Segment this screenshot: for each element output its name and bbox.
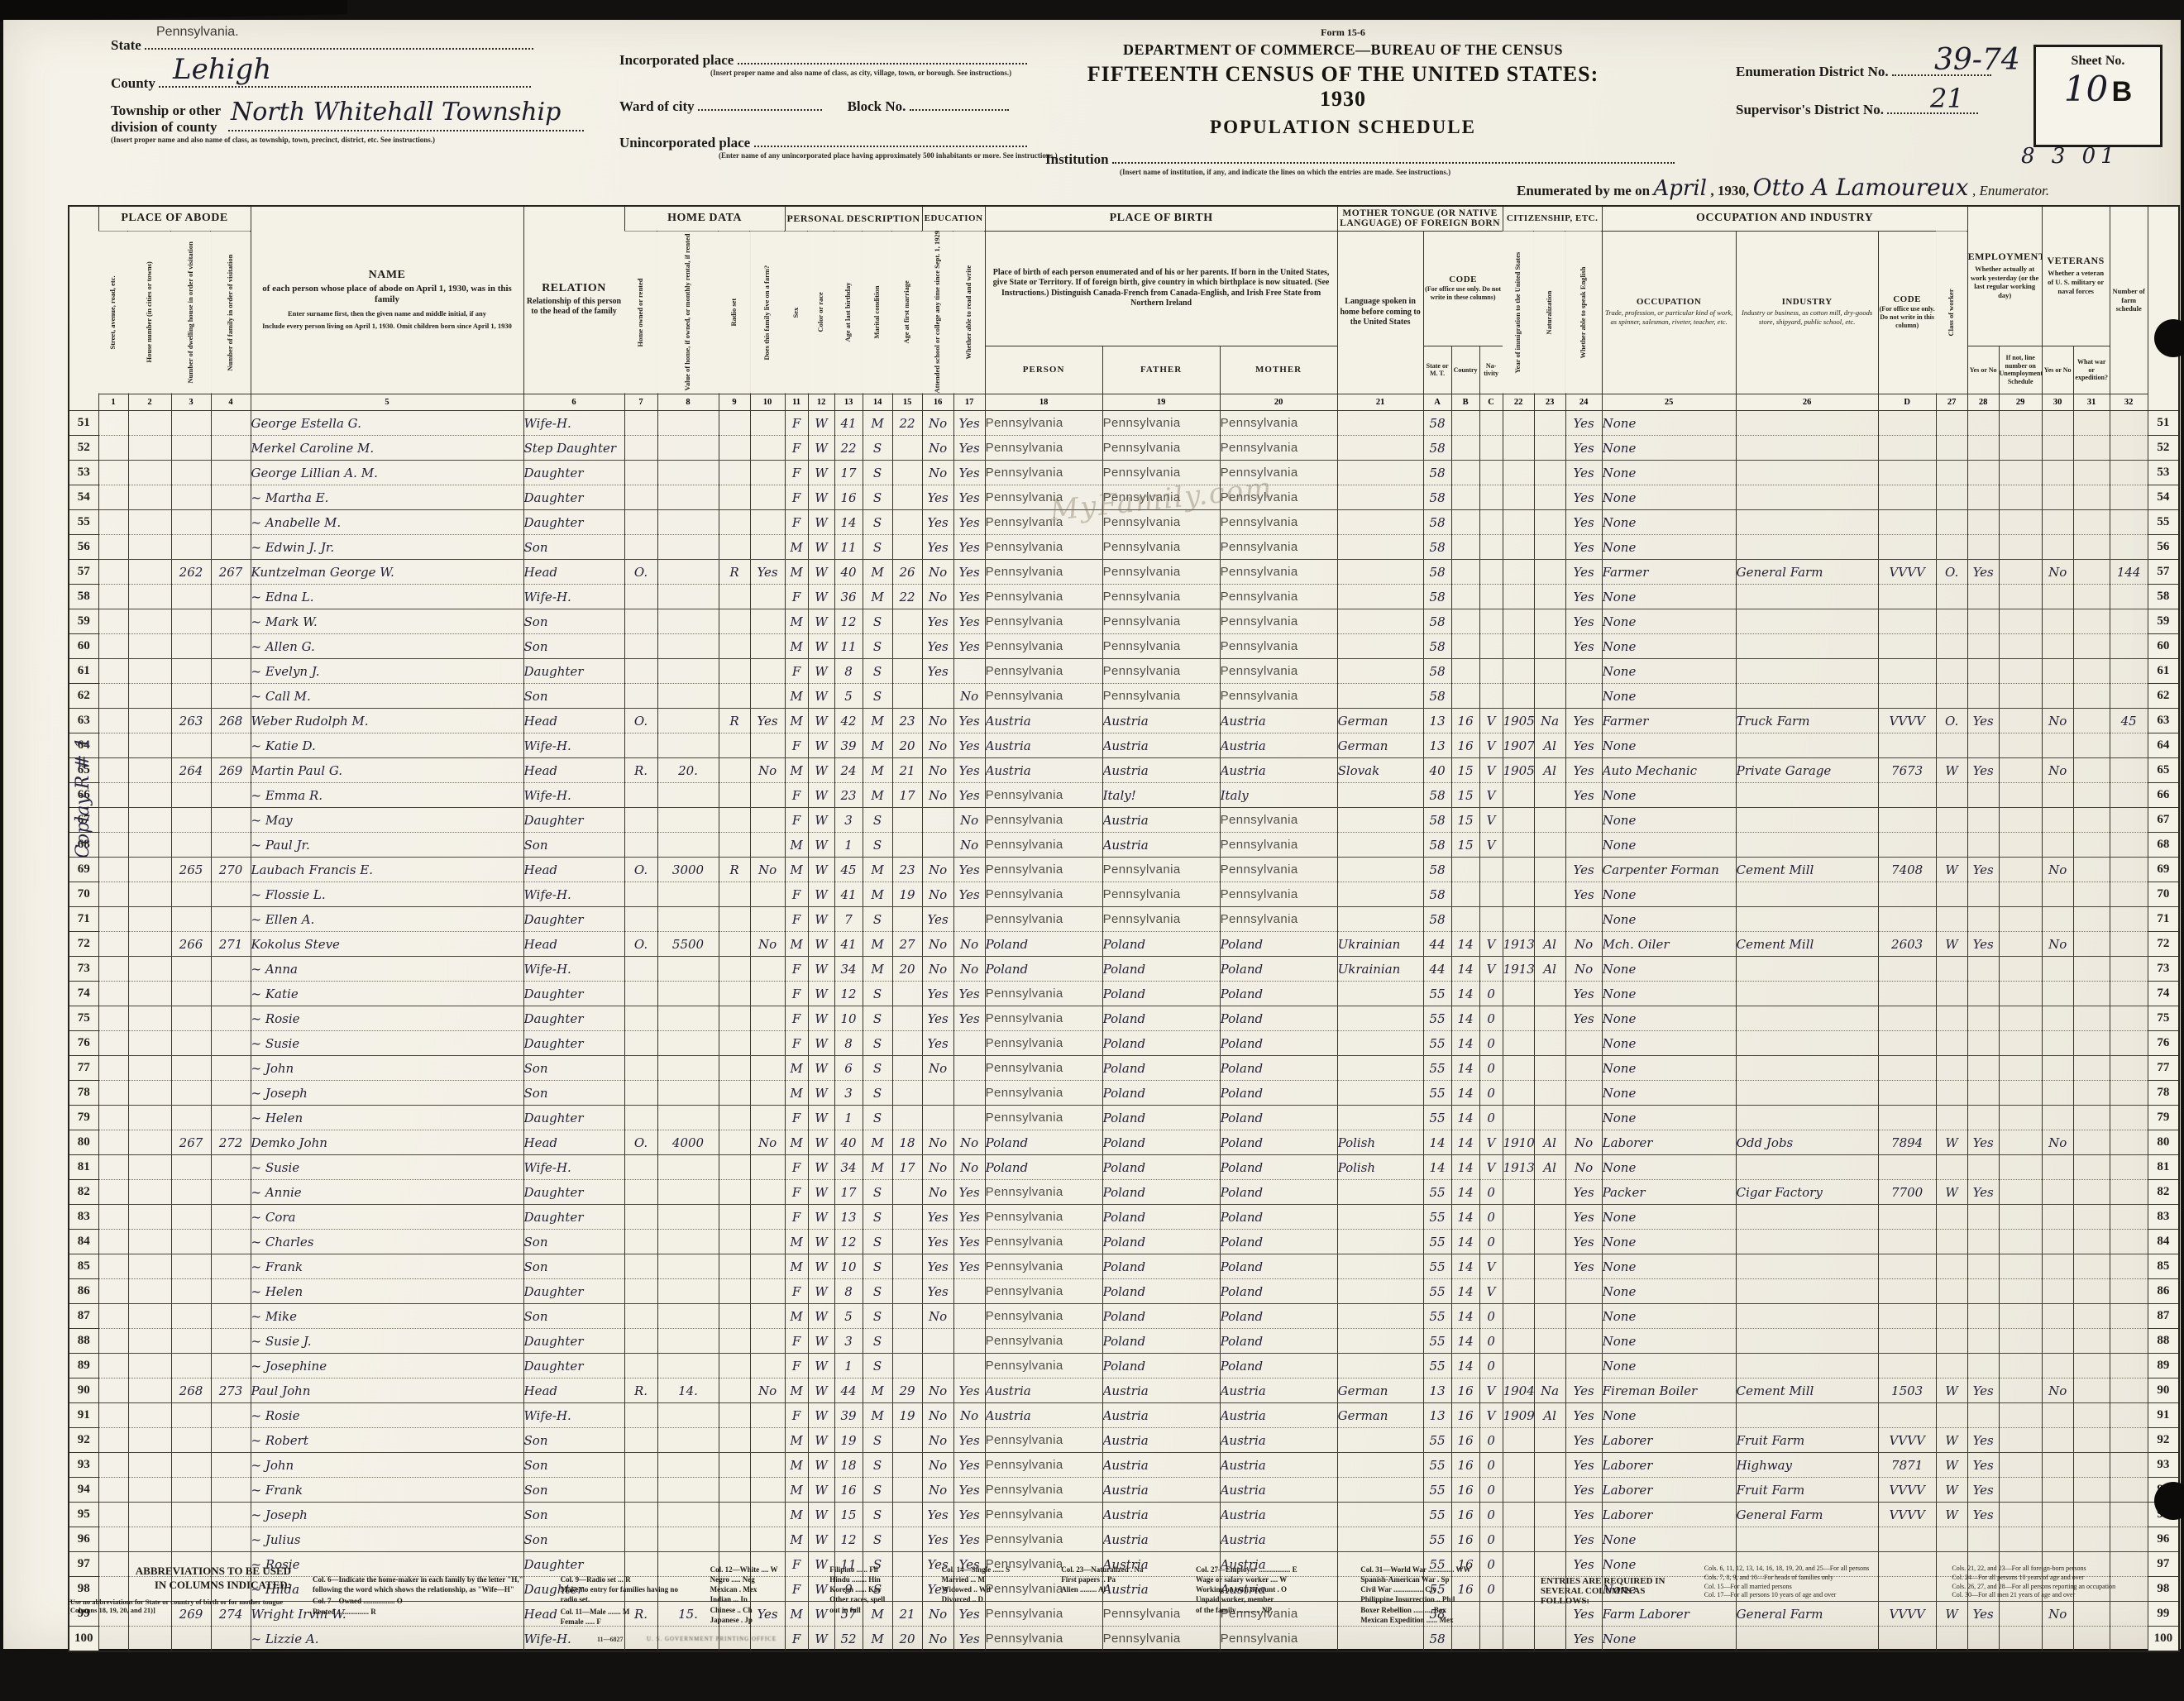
cell-s16: No — [922, 1130, 953, 1155]
cell-fam — [211, 1428, 251, 1453]
cell-name: ~ Joseph — [251, 1081, 523, 1106]
cell-hn — [128, 634, 171, 659]
cell-cw — [1936, 1279, 1967, 1304]
cell-fam — [211, 510, 251, 535]
cell-v30: No — [2042, 858, 2073, 882]
cell-rel: Head — [523, 1130, 624, 1155]
cell-cw: W — [1936, 858, 1967, 882]
cell-s16: Yes — [922, 1527, 953, 1552]
cell-cw: W — [1936, 1453, 1967, 1478]
cell-bf: Pennsylvania — [1102, 585, 1220, 609]
cell-cw: W — [1936, 932, 1967, 957]
cell-w28 — [1967, 1403, 1999, 1428]
cell-rel: Wife-H. — [523, 882, 624, 907]
column-number: 5 — [251, 394, 523, 411]
cell-rw: Yes — [953, 436, 985, 461]
cell-bp: Pennsylvania — [985, 1453, 1102, 1478]
cell-s16: Yes — [922, 1254, 953, 1279]
cell-w31 — [2073, 957, 2110, 982]
cell-ms: M — [863, 758, 892, 783]
cell-w31 — [2073, 1304, 2110, 1329]
cell-oc: None — [1602, 1230, 1736, 1254]
cell-f10 — [750, 411, 785, 436]
cell-cb — [1451, 585, 1479, 609]
unincorporated-field: Unincorporated place (Enter name of any … — [619, 134, 1058, 160]
cell-am — [892, 1081, 922, 1106]
abbrev-col9: Col. 9—Radio set ... R Make no entry for… — [561, 1575, 678, 1603]
group-name: NAME of each person whose place of abode… — [251, 206, 523, 394]
cell-en: Yes — [1565, 1428, 1602, 1453]
cell-s16: No — [922, 461, 953, 485]
cell-cd — [1878, 733, 1936, 758]
cell-ind: Cement Mill — [1736, 1378, 1878, 1403]
cell-rel: Daughter — [523, 1180, 624, 1205]
cell-f32 — [2110, 1205, 2148, 1230]
cell-w31 — [2073, 833, 2110, 858]
cell-f10 — [750, 882, 785, 907]
enumerator-signature: Otto A Lamoureux — [1753, 174, 1969, 201]
col-attended-school: Attended school or college any time sinc… — [922, 231, 953, 394]
cell-w28: Yes — [1967, 758, 1999, 783]
cell-dw: 263 — [171, 709, 211, 733]
cell-v30 — [2042, 982, 2073, 1006]
cell-na — [1534, 907, 1565, 932]
cell-bp: Pennsylvania — [985, 1279, 1102, 1304]
cell-sx: F — [785, 485, 808, 510]
cell-sx: F — [785, 1106, 808, 1130]
cell-o7: O. — [624, 858, 657, 882]
cell-v30: No — [2042, 1378, 2073, 1403]
sheet-value: 10 — [2064, 69, 2108, 109]
cell-name: ~ Cora — [251, 1205, 523, 1230]
line-number: 88 — [2148, 1329, 2179, 1354]
cell-u29 — [1999, 833, 2042, 858]
cell-f32 — [2110, 1403, 2148, 1428]
cell-v30 — [2042, 1155, 2073, 1180]
cell-im — [1503, 858, 1534, 882]
cell-name: Laubach Francis E. — [251, 858, 523, 882]
cell-bp: Pennsylvania — [985, 1230, 1102, 1254]
cell-r9 — [719, 461, 750, 485]
cell-cw — [1936, 1230, 1967, 1254]
line-number: 78 — [69, 1081, 98, 1106]
cell-s16: Yes — [922, 485, 953, 510]
cell-cc: V — [1479, 1155, 1503, 1180]
cell-mt — [1337, 783, 1423, 808]
cell-w28 — [1967, 411, 1999, 436]
line-number: 80 — [2148, 1130, 2179, 1155]
cell-rw: Yes — [953, 758, 985, 783]
cell-ind: Cement Mill — [1736, 932, 1878, 957]
cell-v30 — [2042, 1329, 2073, 1354]
cell-dw — [171, 411, 211, 436]
cell-w31 — [2073, 485, 2110, 510]
column-number: C — [1479, 394, 1503, 411]
table-header: PLACE OF ABODE NAME of each person whose… — [69, 206, 2179, 411]
cell-mt — [1337, 1006, 1423, 1031]
cell-o7 — [624, 1056, 657, 1081]
cell-en — [1565, 1081, 1602, 1106]
cell-name: ~ Mark W. — [251, 609, 523, 634]
cell-sx: F — [785, 1329, 808, 1354]
cell-mt — [1337, 833, 1423, 858]
census-row: 91~ RosieWife-H.FW39M19NoNoAustriaAustri… — [69, 1403, 2179, 1428]
col-class-of-worker: Class of worker — [1936, 231, 1967, 394]
line-number: 71 — [69, 907, 98, 932]
cell-o7 — [624, 1155, 657, 1180]
cell-hn — [128, 858, 171, 882]
column-number: 12 — [808, 394, 834, 411]
cell-s16: Yes — [922, 1031, 953, 1056]
cell-ag: 8 — [834, 659, 863, 684]
cell-o7 — [624, 1006, 657, 1031]
cell-f32 — [2110, 882, 2148, 907]
cell-rel: Wife-H. — [523, 783, 624, 808]
cell-cc: 0 — [1479, 1180, 1503, 1205]
cell-rel: Son — [523, 1304, 624, 1329]
cell-rel: Head — [523, 1378, 624, 1403]
cell-en: Yes — [1565, 1503, 1602, 1527]
cell-ind: Highway — [1736, 1453, 1878, 1478]
cell-sx: F — [785, 1180, 808, 1205]
cell-ms: M — [863, 733, 892, 758]
cell-bf: Pennsylvania — [1102, 882, 1220, 907]
cell-v8: 14. — [657, 1378, 719, 1403]
cell-en: Yes — [1565, 758, 1602, 783]
cell-f32 — [2110, 858, 2148, 882]
cell-u29 — [1999, 684, 2042, 709]
code-note: (For office use only. Do not write in th… — [1424, 284, 1503, 302]
col-occupation: OCCUPATION Trade, profession, or particu… — [1602, 231, 1736, 394]
cell-ag: 11 — [834, 535, 863, 560]
cell-ag: 3 — [834, 808, 863, 833]
cell-ind — [1736, 733, 1878, 758]
line-number: 62 — [2148, 684, 2179, 709]
cell-v8 — [657, 1106, 719, 1130]
cell-rw — [953, 659, 985, 684]
line-number: 94 — [69, 1478, 98, 1503]
cell-sx: M — [785, 535, 808, 560]
cell-ind — [1736, 1155, 1878, 1180]
cell-cw: W — [1936, 1130, 1967, 1155]
cell-dw: 265 — [171, 858, 211, 882]
enumerated-by-field: Enumerated by me on April , 1930, Otto A… — [1517, 174, 2049, 201]
cell-name: Weber Rudolph M. — [251, 709, 523, 733]
cell-dw — [171, 882, 211, 907]
line-number: 90 — [2148, 1378, 2179, 1403]
cell-r9 — [719, 535, 750, 560]
group-place-of-birth: PLACE OF BIRTH — [985, 206, 1337, 231]
cell-hn — [128, 1478, 171, 1503]
cell-bp: Pennsylvania — [985, 535, 1102, 560]
line-number: 69 — [2148, 858, 2179, 882]
cell-bm: Austria — [1220, 1403, 1337, 1428]
cell-cc: 0 — [1479, 1503, 1503, 1527]
cell-rel: Son — [523, 1503, 624, 1527]
cell-im — [1503, 1527, 1534, 1552]
census-row: 68~ Paul Jr.SonMW1SNoPennsylvaniaAustria… — [69, 833, 2179, 858]
cell-w28 — [1967, 1081, 1999, 1106]
cell-ind — [1736, 808, 1878, 833]
cell-s16: Yes — [922, 907, 953, 932]
cell-bp: Pennsylvania — [985, 1478, 1102, 1503]
cell-na: Al — [1534, 957, 1565, 982]
group-employment: EMPLOYMENT Whether actually at work yest… — [1967, 206, 2042, 346]
cell-u29 — [1999, 982, 2042, 1006]
cell-im — [1503, 1205, 1534, 1230]
line-number: 96 — [2148, 1527, 2179, 1552]
cell-bp: Pennsylvania — [985, 982, 1102, 1006]
cell-am — [892, 1354, 922, 1378]
cell-st — [98, 535, 128, 560]
cell-rel: Son — [523, 1254, 624, 1279]
cell-am: 23 — [892, 709, 922, 733]
cell-u29 — [1999, 882, 2042, 907]
cell-en: No — [1565, 1130, 1602, 1155]
cell-s16: No — [922, 758, 953, 783]
col-naturalization: Naturalization — [1534, 231, 1565, 394]
line-number: 60 — [2148, 634, 2179, 659]
cell-sx: M — [785, 1378, 808, 1403]
cell-cd — [1878, 1254, 1936, 1279]
cell-bp: Pennsylvania — [985, 1180, 1102, 1205]
line-number: 57 — [69, 560, 98, 585]
cell-cd — [1878, 609, 1936, 634]
cell-bm: Poland — [1220, 1254, 1337, 1279]
cell-ca: 13 — [1423, 733, 1451, 758]
cell-cc: V — [1479, 1403, 1503, 1428]
col-at-work-yes-no: Yes or No — [1967, 346, 1999, 394]
cell-ag: 40 — [834, 1130, 863, 1155]
cell-o7 — [624, 1478, 657, 1503]
cell-v8 — [657, 659, 719, 684]
cell-ag: 42 — [834, 709, 863, 733]
cell-w31 — [2073, 1527, 2110, 1552]
cell-v8 — [657, 436, 719, 461]
cell-cc — [1479, 882, 1503, 907]
cell-bp: Pennsylvania — [985, 1354, 1102, 1378]
cell-st — [98, 1403, 128, 1428]
cell-bp: Pennsylvania — [985, 411, 1102, 436]
cell-na — [1534, 535, 1565, 560]
cell-fam — [211, 733, 251, 758]
cell-oc: Laborer — [1602, 1453, 1736, 1478]
cell-r9 — [719, 1155, 750, 1180]
veterans-title: VETERANS — [2043, 255, 2110, 267]
cell-v8 — [657, 1230, 719, 1254]
cell-r9 — [719, 1304, 750, 1329]
cell-w28 — [1967, 436, 1999, 461]
cell-rw: Yes — [953, 609, 985, 634]
cell-im — [1503, 684, 1534, 709]
cell-r9 — [719, 1527, 750, 1552]
cell-ca: 58 — [1423, 634, 1451, 659]
cell-rw: Yes — [953, 461, 985, 485]
cell-bf: Poland — [1102, 1031, 1220, 1056]
cell-mt: Polish — [1337, 1130, 1423, 1155]
cell-name: ~ Katie — [251, 982, 523, 1006]
cell-cr: W — [808, 733, 834, 758]
cell-en: Yes — [1565, 411, 1602, 436]
cell-rw: No — [953, 808, 985, 833]
cell-hn — [128, 1106, 171, 1130]
cell-v30: No — [2042, 709, 2073, 733]
code-header: CODE (For office use only. Do not write … — [1423, 231, 1503, 346]
cell-u29 — [1999, 1453, 2042, 1478]
cell-v8: 3000 — [657, 858, 719, 882]
census-row: 71~ Ellen A.DaughterFW7SYesPennsylvaniaP… — [69, 907, 2179, 932]
cell-cr: W — [808, 783, 834, 808]
column-number-row: 123456789101112131415161718192021ABC2223… — [69, 394, 2179, 411]
col-pob-father: FATHER — [1102, 346, 1220, 394]
cell-na: Al — [1534, 1130, 1565, 1155]
cell-cc: V — [1479, 733, 1503, 758]
cell-bf: Poland — [1102, 932, 1220, 957]
cell-s16: No — [922, 1180, 953, 1205]
line-number: 93 — [69, 1453, 98, 1478]
cell-cw — [1936, 957, 1967, 982]
cell-rel: Daughter — [523, 461, 624, 485]
cell-r9 — [719, 1081, 750, 1106]
name-title: NAME — [251, 269, 523, 282]
cell-dw — [171, 982, 211, 1006]
cell-bm: Pennsylvania — [1220, 510, 1337, 535]
cell-cr: W — [808, 560, 834, 585]
column-number: 19 — [1102, 394, 1220, 411]
cell-bf: Pennsylvania — [1102, 535, 1220, 560]
cell-bp: Pennsylvania — [985, 808, 1102, 833]
state-label: State — [111, 37, 141, 53]
cell-ind — [1736, 659, 1878, 684]
cell-w31 — [2073, 634, 2110, 659]
cell-ind — [1736, 982, 1878, 1006]
line-number: 61 — [2148, 659, 2179, 684]
group-education: EDUCATION — [922, 206, 985, 231]
cell-v30 — [2042, 1428, 2073, 1453]
cell-rw: Yes — [953, 1478, 985, 1503]
cell-st — [98, 1279, 128, 1304]
cell-am — [892, 833, 922, 858]
cell-cw — [1936, 1031, 1967, 1056]
cell-hn — [128, 733, 171, 758]
cell-v30 — [2042, 783, 2073, 808]
cell-ind — [1736, 783, 1878, 808]
cell-na — [1534, 1354, 1565, 1378]
cell-cr: W — [808, 907, 834, 932]
cell-v8 — [657, 1354, 719, 1378]
cell-ind — [1736, 833, 1878, 858]
cell-bf: Poland — [1102, 1106, 1220, 1130]
cell-rel: Daughter — [523, 982, 624, 1006]
cell-bf: Austria — [1102, 833, 1220, 858]
cell-st — [98, 907, 128, 932]
cell-bp: Austria — [985, 758, 1102, 783]
cell-dw: 267 — [171, 1130, 211, 1155]
cell-cr: W — [808, 1254, 834, 1279]
cell-rw: Yes — [953, 585, 985, 609]
cell-am — [892, 485, 922, 510]
cell-ag: 12 — [834, 982, 863, 1006]
county-value: Lehigh — [173, 53, 271, 86]
cell-u29 — [1999, 411, 2042, 436]
col-age-first-marriage: Age at first marriage — [892, 231, 922, 394]
cell-ms: S — [863, 1106, 892, 1130]
cell-cr: W — [808, 1478, 834, 1503]
cell-rw: Yes — [953, 1230, 985, 1254]
group-place-of-abode: PLACE OF ABODE — [98, 206, 251, 231]
cell-bf: Italy! — [1102, 783, 1220, 808]
cell-st — [98, 1354, 128, 1378]
cell-sx: F — [785, 436, 808, 461]
cell-f32 — [2110, 1478, 2148, 1503]
cell-cc — [1479, 634, 1503, 659]
schedule-title: POPULATION SCHEDULE — [1062, 117, 1624, 138]
cell-bf: Poland — [1102, 1279, 1220, 1304]
cell-hn — [128, 659, 171, 684]
cell-am — [892, 461, 922, 485]
cell-ind: General Farm — [1736, 560, 1878, 585]
cell-ag: 7 — [834, 907, 863, 932]
cell-w31 — [2073, 1130, 2110, 1155]
cell-name: ~ Julius — [251, 1527, 523, 1552]
cell-bp: Poland — [985, 957, 1102, 982]
cell-ag: 3 — [834, 1081, 863, 1106]
cell-hn — [128, 1279, 171, 1304]
census-row: 76~ SusieDaughterFW8SYesPennsylvaniaPola… — [69, 1031, 2179, 1056]
cell-f10 — [750, 1180, 785, 1205]
line-number: 53 — [69, 461, 98, 485]
cell-ca: 14 — [1423, 1155, 1451, 1180]
cell-st — [98, 1453, 128, 1478]
cell-v8 — [657, 1056, 719, 1081]
cell-cc — [1479, 684, 1503, 709]
cell-cc — [1479, 609, 1503, 634]
cell-bp: Pennsylvania — [985, 659, 1102, 684]
cell-u29 — [1999, 808, 2042, 833]
cell-f32 — [2110, 1006, 2148, 1031]
cell-s16: Yes — [922, 510, 953, 535]
cell-hn — [128, 957, 171, 982]
cell-cw: W — [1936, 758, 1967, 783]
cell-ca: 58 — [1423, 833, 1451, 858]
cell-cd — [1878, 1006, 1936, 1031]
cell-fam: 271 — [211, 932, 251, 957]
cell-cw — [1936, 659, 1967, 684]
cell-ms: S — [863, 659, 892, 684]
cell-rw — [953, 1304, 985, 1329]
cell-rw: Yes — [953, 510, 985, 535]
line-number: 52 — [69, 436, 98, 461]
cell-na — [1534, 609, 1565, 634]
scan-edge-shadow — [0, 0, 347, 22]
cell-cd: 2603 — [1878, 932, 1936, 957]
cell-ind — [1736, 1527, 1878, 1552]
cell-cr: W — [808, 535, 834, 560]
cell-ms: S — [863, 1081, 892, 1106]
cell-r9 — [719, 1453, 750, 1478]
cell-sx: F — [785, 1006, 808, 1031]
cell-o7 — [624, 783, 657, 808]
cell-bf: Pennsylvania — [1102, 858, 1220, 882]
unincorporated-note: (Enter name of any unincorporated place … — [719, 151, 1058, 160]
line-number: 79 — [2148, 1106, 2179, 1130]
cell-r9 — [719, 436, 750, 461]
cell-w31 — [2073, 1478, 2110, 1503]
cell-im — [1503, 634, 1534, 659]
abbreviations-title: ABBREVIATIONS TO BE USED IN COLUMNS INDI… — [68, 1565, 291, 1593]
township-label: Township or other division of county — [111, 103, 221, 135]
cell-cw — [1936, 1081, 1967, 1106]
